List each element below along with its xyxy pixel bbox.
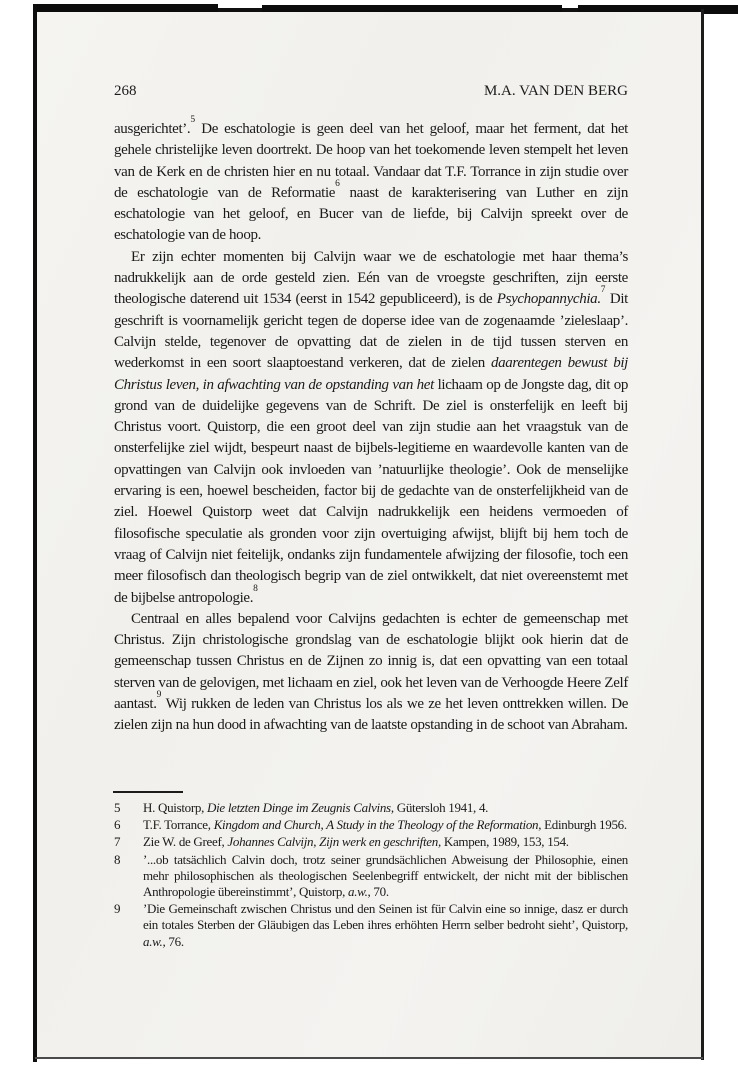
footnote: 6T.F. Torrance, Kingdom and Church, A St…: [114, 817, 628, 833]
footnote-marker: 5: [190, 115, 195, 125]
text-run: ausgerichtet’.: [114, 121, 190, 137]
italic-text: a.w.,: [143, 934, 165, 949]
text-run: 70.: [370, 884, 388, 899]
page-number: 268: [114, 83, 137, 100]
footnote-marker: 9: [157, 690, 162, 700]
italic-text: Johannes Calvijn, Zijn werk en geschrift…: [227, 834, 440, 849]
italic-text: Psychopannychia.: [497, 291, 601, 307]
footnote-marker: 7: [601, 285, 606, 295]
footnotes: 5H. Quistorp, Die letzten Dinge im Zeugn…: [114, 800, 628, 951]
footnote-text: T.F. Torrance, Kingdom and Church, A Stu…: [143, 817, 628, 833]
italic-text: Kingdom and Church, A Study in the Theol…: [214, 817, 542, 832]
footnote-number: 5: [114, 800, 143, 816]
text-run: 76.: [165, 934, 183, 949]
footnote-rule: [113, 791, 183, 793]
footnote-number: 6: [114, 817, 143, 833]
footnote-number: 7: [114, 834, 143, 850]
footnote: 9’Die Gemeinschaft zwischen Christus und…: [114, 901, 628, 950]
footnote-text: ’...ob tatsächlich Calvin doch, trotz se…: [143, 852, 628, 901]
text-run: Zie W. de Greef,: [143, 834, 227, 849]
scan-border-right: [701, 9, 704, 1060]
running-head: M.A. VAN DEN BERG: [484, 83, 628, 100]
italic-text: a.w.,: [348, 884, 370, 899]
text-run: H. Quistorp,: [143, 800, 207, 815]
scan-border-bottom: [35, 1057, 703, 1059]
footnote-text: ’Die Gemeinschaft zwischen Christus und …: [143, 901, 628, 950]
paragraph: ausgerichtet’.5 De eschatologie is geen …: [114, 119, 628, 247]
footnote: 8’...ob tatsächlich Calvin doch, trotz s…: [114, 852, 628, 901]
footnote-number: 9: [114, 901, 143, 950]
text-run: T.F. Torrance,: [143, 817, 214, 832]
footnote-text: Zie W. de Greef, Johannes Calvijn, Zijn …: [143, 834, 628, 850]
text-run: lichaam op de Jongste dag, dit op grond …: [114, 377, 628, 606]
footnote: 5H. Quistorp, Die letzten Dinge im Zeugn…: [114, 800, 628, 816]
body-text: ausgerichtet’.5 De eschatologie is geen …: [114, 119, 628, 737]
paragraph: Centraal en alles bepalend voor Calvijns…: [114, 609, 628, 737]
text-run: ’Die Gemeinschaft zwischen Christus und …: [143, 901, 628, 932]
footnote-marker: 6: [335, 179, 340, 189]
footnote-marker: 8: [253, 584, 258, 594]
scanned-page: 268 M.A. VAN DEN BERG ausgerichtet’.5 De…: [0, 0, 738, 1068]
footnote: 7Zie W. de Greef, Johannes Calvijn, Zijn…: [114, 834, 628, 850]
text-run: Kampen, 1989, 153, 154.: [441, 834, 569, 849]
footnote-number: 8: [114, 852, 143, 901]
text-run: Gütersloh 1941, 4.: [394, 800, 488, 815]
text-run: Edinburgh 1956.: [541, 817, 627, 832]
page-header: 268 M.A. VAN DEN BERG: [114, 83, 628, 100]
italic-text: Die letzten Dinge im Zeugnis Calvins,: [207, 800, 394, 815]
footnote-text: H. Quistorp, Die letzten Dinge im Zeugni…: [143, 800, 628, 816]
text-run: Wij rukken de leden van Christus los als…: [114, 696, 628, 733]
paragraph: Er zijn echter momenten bij Calvijn waar…: [114, 247, 628, 609]
